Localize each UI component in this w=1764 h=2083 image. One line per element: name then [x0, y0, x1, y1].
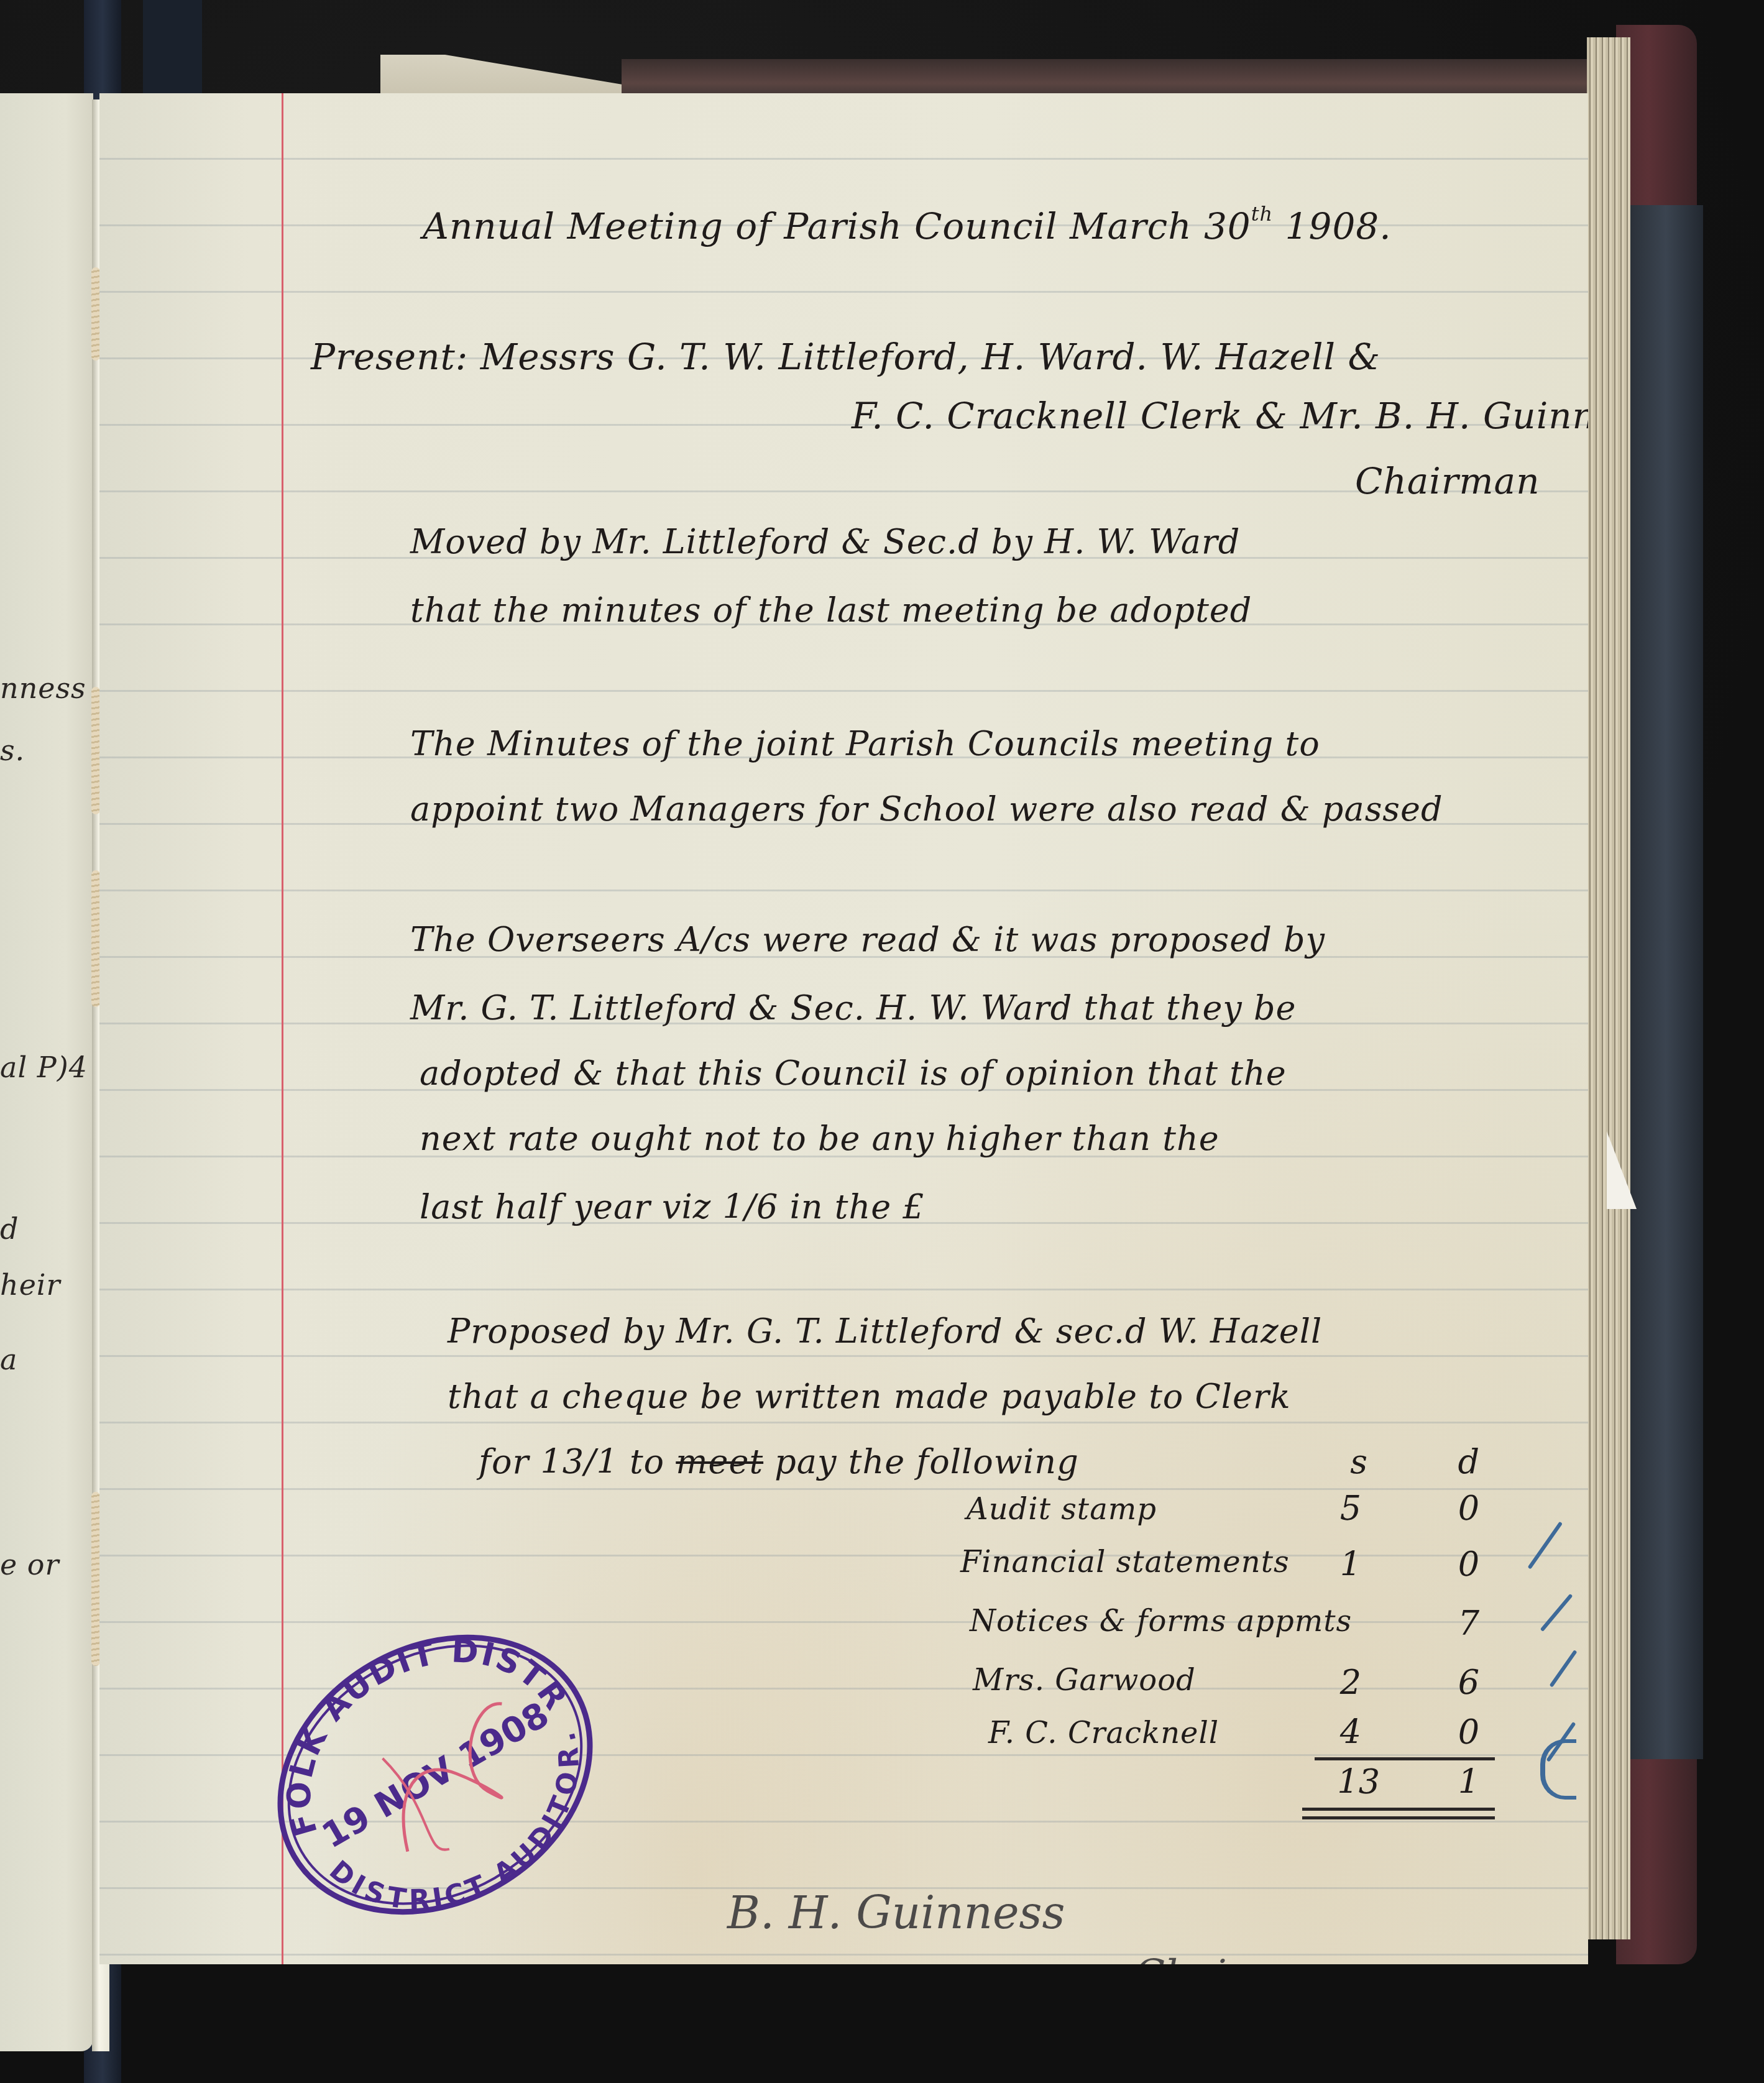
left-fragment: al P)4 — [0, 1051, 88, 1084]
total-double-rule — [1302, 1816, 1495, 1819]
minute-line: adopted & that this Council is of opinio… — [420, 1054, 1287, 1093]
payment-pence: 0 — [1430, 1489, 1479, 1528]
left-fragment: d — [0, 1212, 19, 1246]
minute-line: The Overseers A/cs were read & it was pr… — [410, 920, 1325, 959]
payment-shillings: 2 — [1312, 1663, 1361, 1702]
pence-header: d — [1430, 1442, 1479, 1481]
left-fragment: heir — [0, 1268, 61, 1302]
shillings-header: s — [1318, 1442, 1367, 1481]
payment-label: F. C. Cracknell — [988, 1716, 1219, 1750]
minute-line: appoint two Managers for School were als… — [410, 789, 1443, 829]
minute-line: Moved by Mr. Littleford & Sec.d by H. W.… — [410, 522, 1240, 561]
total-double-rule — [1302, 1808, 1495, 1811]
left-fragment: a — [0, 1343, 17, 1376]
total-shillings: 13 — [1312, 1762, 1380, 1801]
payment-label: Financial statements — [960, 1545, 1290, 1579]
minute-line: last half year viz 1/6 in the £ — [420, 1187, 925, 1226]
present-line-1: Present: Messrs G. T. W. Littleford, H. … — [311, 336, 1380, 378]
left-fragment: e or — [0, 1548, 60, 1581]
book-spine-band-top — [143, 0, 202, 99]
page-title: Annual Meeting of Parish Council March 3… — [423, 202, 1392, 247]
chairman-title: Chairman — [1134, 1952, 1333, 1964]
payment-shillings: 1 — [1312, 1545, 1361, 1584]
payment-pence: 7 — [1430, 1604, 1479, 1643]
payment-shillings: 4 — [1312, 1713, 1361, 1752]
present-line-2: F. C. Cracknell Clerk & Mr. B. H. Guinne… — [852, 395, 1588, 437]
payment-pence: 0 — [1430, 1713, 1479, 1752]
minute-line: that a cheque be written made payable to… — [448, 1377, 1291, 1416]
binding-stitch — [91, 267, 100, 361]
payment-shillings: 5 — [1312, 1489, 1361, 1528]
minute-line: Mr. G. T. Littleford & Sec. H. W. Ward t… — [410, 988, 1297, 1028]
left-fragment: nness — [0, 671, 86, 705]
present-line-3: Chairman — [1355, 460, 1540, 502]
payment-pence: 0 — [1430, 1545, 1479, 1584]
binding-stitch — [91, 1492, 100, 1666]
binding-stitch — [91, 687, 100, 814]
left-page: nness s. al P)4 d heir a e or — [0, 93, 93, 2051]
left-fragment: s. — [0, 733, 25, 767]
payment-label: Mrs. Garwood — [973, 1663, 1196, 1698]
book-cover-cloth-edge — [1628, 205, 1703, 1759]
minute-line: that the minutes of the last meeting be … — [410, 591, 1252, 630]
minute-book-page: Annual Meeting of Parish Council March 3… — [99, 93, 1588, 1964]
payment-label: Notices & forms appmts — [970, 1604, 1352, 1639]
minute-line: for 13/1 to meet pay the following — [479, 1442, 1079, 1481]
minute-line: Proposed by Mr. G. T. Littleford & sec.d… — [448, 1312, 1322, 1351]
stamp-date: 19 NOV 1908 — [315, 1694, 556, 1857]
total-pence: 1 — [1430, 1762, 1479, 1801]
minute-line: next rate ought not to be any higher tha… — [420, 1119, 1220, 1158]
sum-rule — [1315, 1757, 1495, 1760]
chairman-signature: B. H. Guinness — [727, 1887, 1065, 1939]
minute-line: The Minutes of the joint Parish Councils… — [410, 724, 1320, 763]
binding-stitch — [91, 870, 100, 1007]
blue-bracket-mark — [1540, 1739, 1576, 1800]
payment-label: Audit stamp — [967, 1492, 1157, 1527]
payment-pence: 6 — [1430, 1663, 1479, 1702]
page-edges — [1587, 37, 1630, 1939]
red-margin-line — [282, 93, 283, 1964]
